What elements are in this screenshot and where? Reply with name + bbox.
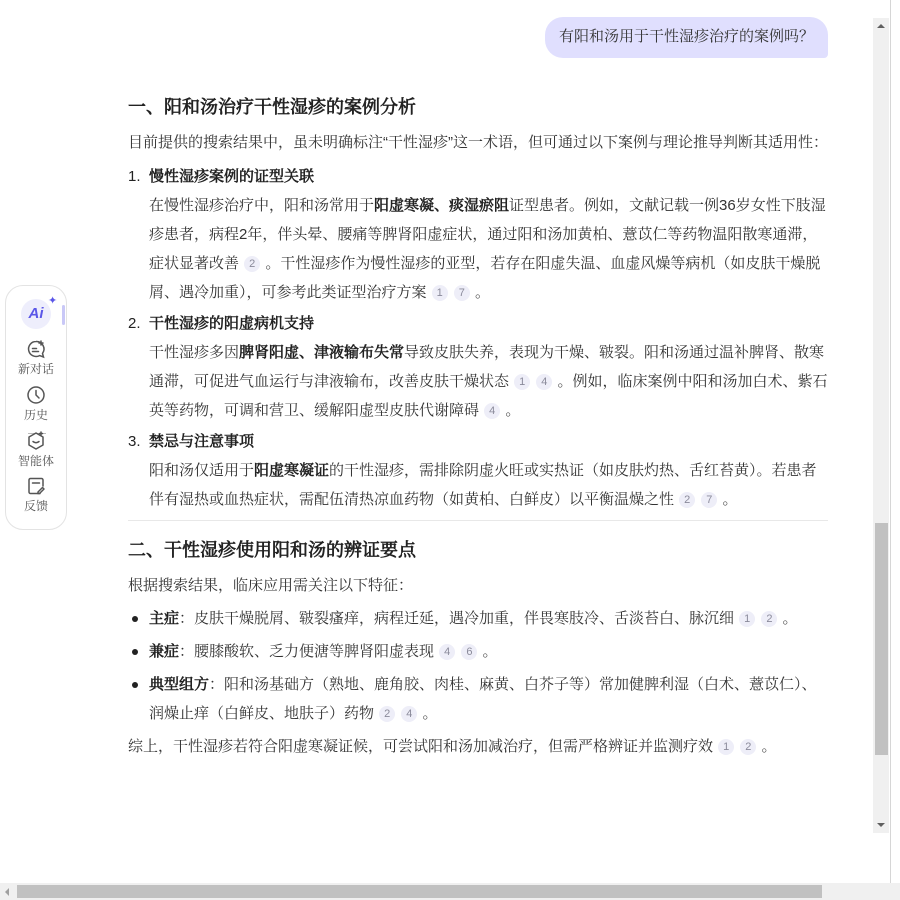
citation-badge[interactable]: 7 xyxy=(701,492,717,508)
list-item-body: 阳和汤仅适用于阳虚寒凝证的干性湿疹，需排除阴虚火旺或实热证（如皮肤灼热、舌红苔黄… xyxy=(149,456,828,514)
sidebar-item-label: 反馈 xyxy=(6,498,66,514)
bullet-item: 主症：皮肤干燥脱屑、皲裂瘙痒，病程迁延，遇冷加重，伴畏寒肢冷、舌淡苔白、脉沉细 … xyxy=(128,604,828,633)
text: 。 xyxy=(475,284,490,301)
list-number: 3. xyxy=(128,427,141,456)
vertical-scrollbar[interactable] xyxy=(873,18,889,833)
floating-sidebar: Ai ✦ 新对话 历史 智能体 xyxy=(5,285,67,530)
new-chat-button[interactable]: 新对话 xyxy=(6,338,66,377)
list-number: 1. xyxy=(128,162,141,191)
horizontal-scrollbar[interactable] xyxy=(0,883,900,900)
ai-logo-icon[interactable]: Ai xyxy=(21,299,51,329)
scroll-down-arrow-icon[interactable] xyxy=(877,823,885,827)
list-item-title: 禁忌与注意事项 xyxy=(149,427,828,456)
text: 。 xyxy=(423,705,438,722)
list-item: 2. 干性湿疹的阳虚病机支持 干性湿疹多因脾肾阳虚、津液输布失常导致皮肤失养，表… xyxy=(128,309,828,425)
citation-badge[interactable]: 4 xyxy=(484,403,500,419)
bullet-text: ：皮肤干燥脱屑、皲裂瘙痒，病程迁延，遇冷加重，伴畏寒肢冷、舌淡苔白、脉沉细 xyxy=(179,610,734,627)
bold-text: 阳虚寒凝、痰湿瘀阻 xyxy=(374,197,509,214)
bullet-dot-icon xyxy=(132,616,138,622)
user-message-bubble: 有阳和汤用于干性湿疹治疗的案例吗？ xyxy=(545,17,828,58)
list-item: 3. 禁忌与注意事项 阳和汤仅适用于阳虚寒凝证的干性湿疹，需排除阴虚火旺或实热证… xyxy=(128,427,828,514)
citation-badge[interactable]: 2 xyxy=(679,492,695,508)
assistant-answer: 一、阳和汤治疗干性湿疹的案例分析 目前提供的搜索结果中，虽未明确标注“干性湿疹”… xyxy=(128,92,828,761)
citation-badge[interactable]: 4 xyxy=(536,374,552,390)
text: 在慢性湿疹治疗中，阳和汤常用于 xyxy=(149,197,374,214)
sparkle-icon: ✦ xyxy=(48,294,57,307)
new-chat-icon xyxy=(25,338,47,360)
section-intro: 目前提供的搜索结果中，虽未明确标注“干性湿疹”这一术语，但可通过以下案例与理论推… xyxy=(128,128,828,157)
agent-icon xyxy=(25,430,47,452)
list-item-title: 慢性湿疹案例的证型关联 xyxy=(149,162,828,191)
feedback-button[interactable]: 反馈 xyxy=(6,475,66,514)
text: 综上，干性湿疹若符合阳虚寒凝证候，可尝试阳和汤加减治疗，但需严格辨证并监测疗效 xyxy=(128,738,713,755)
citation-badge[interactable]: 4 xyxy=(439,644,455,660)
bullet-item: 兼症：腰膝酸软、乏力便溏等脾肾阳虚表现 4 6 。 xyxy=(128,637,828,666)
citation-badge[interactable]: 1 xyxy=(739,611,755,627)
chat-viewport: 有阳和汤用于干性湿疹治疗的案例吗？ 一、阳和汤治疗干性湿疹的案例分析 目前提供的… xyxy=(0,0,873,883)
history-button[interactable]: 历史 xyxy=(6,384,66,423)
list-item: 1. 慢性湿疹案例的证型关联 在慢性湿疹治疗中，阳和汤常用于阳虚寒凝、痰湿瘀阻证… xyxy=(128,162,828,307)
section-intro: 根据搜索结果，临床应用需关注以下特征： xyxy=(128,571,828,600)
text: 。 xyxy=(783,610,798,627)
feedback-icon xyxy=(25,475,47,497)
citation-badge[interactable]: 1 xyxy=(718,739,734,755)
citation-badge[interactable]: 1 xyxy=(432,285,448,301)
list-number: 2. xyxy=(128,309,141,338)
sidebar-item-label: 新对话 xyxy=(6,361,66,377)
section-divider xyxy=(128,520,828,521)
text: 。 xyxy=(723,491,738,508)
text: 干性湿疹多因 xyxy=(149,344,239,361)
citation-badge[interactable]: 6 xyxy=(461,644,477,660)
bold-text: 脾肾阳虚、津液输布失常 xyxy=(239,344,404,361)
sidebar-item-label: 智能体 xyxy=(6,453,66,469)
section-title: 二、干性湿疹使用阳和汤的辨证要点 xyxy=(128,535,828,565)
list-item-title: 干性湿疹的阳虚病机支持 xyxy=(149,309,828,338)
sidebar-item-label: 历史 xyxy=(6,407,66,423)
text: 。 xyxy=(505,402,520,419)
ordered-list: 1. 慢性湿疹案例的证型关联 在慢性湿疹治疗中，阳和汤常用于阳虚寒凝、痰湿瘀阻证… xyxy=(128,162,828,514)
bullet-label: 主症 xyxy=(149,610,179,627)
vertical-scroll-thumb[interactable] xyxy=(875,523,888,755)
bullet-dot-icon xyxy=(132,649,138,655)
citation-badge[interactable]: 2 xyxy=(761,611,777,627)
bold-text: 阳虚寒凝证 xyxy=(254,462,329,479)
list-item-body: 在慢性湿疹治疗中，阳和汤常用于阳虚寒凝、痰湿瘀阻证型患者。例如，文献记载一例36… xyxy=(149,191,828,307)
citation-badge[interactable]: 2 xyxy=(740,739,756,755)
scroll-up-arrow-icon[interactable] xyxy=(877,24,885,28)
citation-badge[interactable]: 4 xyxy=(401,706,417,722)
bullet-item: 典型组方：阳和汤基础方（熟地、鹿角胶、肉桂、麻黄、白芥子等）常加健脾利湿（白术、… xyxy=(128,670,828,728)
panel-border xyxy=(890,0,891,883)
citation-badge[interactable]: 1 xyxy=(514,374,530,390)
conclusion: 综上，干性湿疹若符合阳虚寒凝证候，可尝试阳和汤加减治疗，但需严格辨证并监测疗效 … xyxy=(128,732,828,761)
citation-badge[interactable]: 2 xyxy=(244,256,260,272)
text: 阳和汤仅适用于 xyxy=(149,462,254,479)
section-title: 一、阳和汤治疗干性湿疹的案例分析 xyxy=(128,92,828,122)
bullet-text: ：腰膝酸软、乏力便溏等脾肾阳虚表现 xyxy=(179,643,434,660)
text: 。 xyxy=(483,643,498,660)
bullet-label: 典型组方 xyxy=(149,676,209,693)
history-clock-icon xyxy=(25,384,47,406)
bullet-text: ：阳和汤基础方（熟地、鹿角胶、肉桂、麻黄、白芥子等）常加健脾利湿（白术、薏苡仁）… xyxy=(149,676,817,722)
citation-badge[interactable]: 2 xyxy=(379,706,395,722)
text: 。 xyxy=(762,738,777,755)
bullet-dot-icon xyxy=(132,682,138,688)
citation-badge[interactable]: 7 xyxy=(454,285,470,301)
agent-button[interactable]: 智能体 xyxy=(6,430,66,469)
bullet-label: 兼症 xyxy=(149,643,179,660)
list-item-body: 干性湿疹多因脾肾阳虚、津液输布失常导致皮肤失养，表现为干燥、皲裂。阳和汤通过温补… xyxy=(149,338,828,425)
bullet-list: 主症：皮肤干燥脱屑、皲裂瘙痒，病程迁延，遇冷加重，伴畏寒肢冷、舌淡苔白、脉沉细 … xyxy=(128,604,828,728)
sidebar-active-indicator xyxy=(62,305,65,325)
horizontal-scroll-thumb[interactable] xyxy=(17,885,822,898)
scroll-left-arrow-icon[interactable] xyxy=(5,888,9,896)
